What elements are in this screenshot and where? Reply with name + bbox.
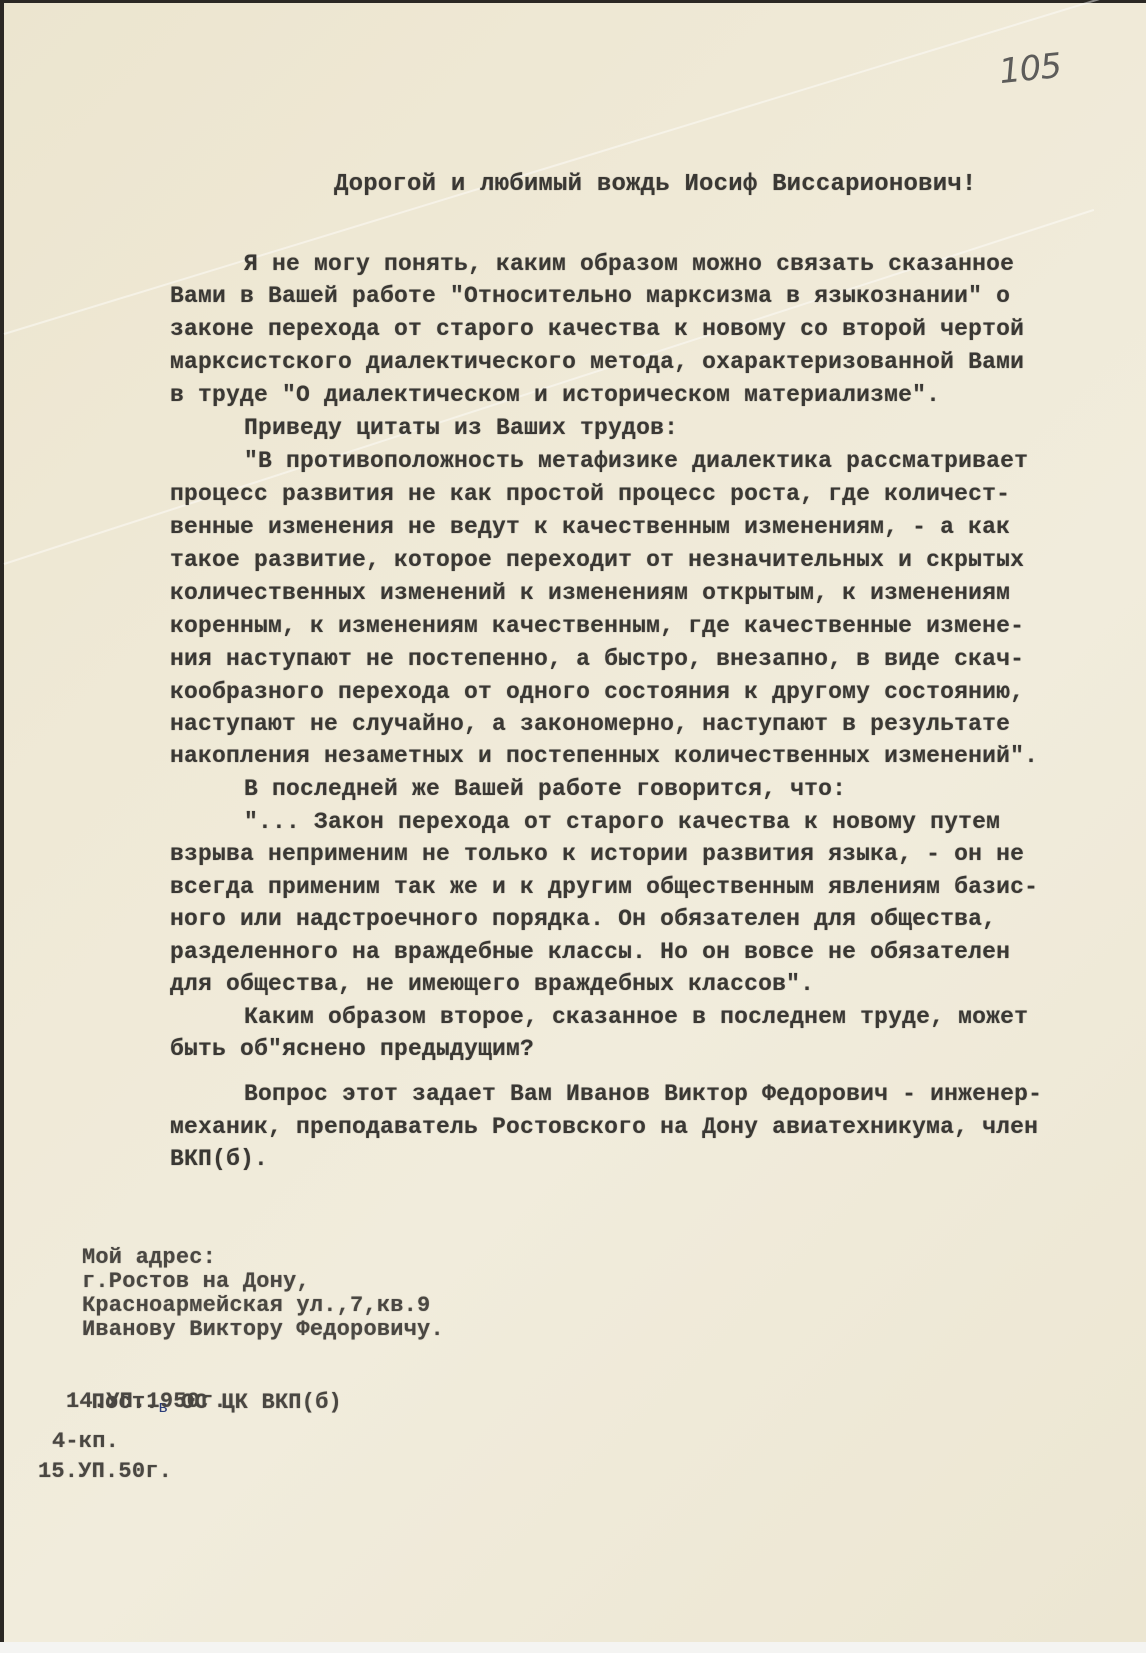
quote-line: наступают не случайно, а закономерно, на…	[170, 711, 1010, 737]
handwritten-page-number: 105	[997, 46, 1063, 92]
quote-line: коренным, к изменениям качественным, где…	[170, 613, 1024, 639]
quote-line: всегда применим так же и к другим общест…	[170, 874, 1038, 900]
body-line: механик, преподаватель Ростовского на До…	[170, 1114, 1038, 1140]
quote-line: ного или надстроечного порядка. Он обяза…	[170, 906, 996, 932]
quote-line: "В противоположность метафизике диалекти…	[244, 448, 1028, 474]
body-line: Вами в Вашей работе "Относительно маркси…	[170, 283, 1010, 309]
body-line: ВКП(б).	[170, 1146, 268, 1172]
body-line: В последней же Вашей работе говорится, ч…	[244, 776, 846, 802]
body-line: законе перехода от старого качества к но…	[170, 316, 1024, 342]
quote-line: количественных изменений к изменениям от…	[170, 580, 1010, 606]
address-line: Красноармейская ул.,7,кв.9	[82, 1294, 430, 1318]
document-page: 105 Дорогой и любимый вождь Иосиф Виссар…	[0, 0, 1146, 1642]
copies-date: 15.УП.50г.	[38, 1459, 172, 1484]
address-label: Мой адрес:	[82, 1246, 216, 1270]
quote-line: процесс развития не как простой процесс …	[170, 481, 1010, 507]
quote-line: разделенного на враждебные классы. Но он…	[170, 939, 1010, 965]
body-line: Каким образом второе, сказанное в послед…	[244, 1004, 1028, 1030]
receipt-date: 14.УП.1950г.	[66, 1389, 227, 1414]
quote-line: кообразного перехода от одного состояния…	[170, 679, 1024, 705]
body-line: Вопрос этот задает Вам Иванов Виктор Фед…	[244, 1081, 1042, 1107]
quote-line: ния наступают не постепенно, а быстро, в…	[170, 646, 1024, 672]
body-line: Я не могу понять, каким образом можно св…	[244, 251, 1014, 277]
quote-line: для общества, не имеющего враждебных кла…	[170, 971, 814, 997]
address-line: г.Ростов на Дону,	[82, 1270, 310, 1294]
address-line: Иванову Виктору Федоровичу.	[82, 1318, 444, 1342]
body-line: Приведу цитаты из Ваших трудов:	[244, 415, 678, 441]
salutation: Дорогой и любимый вождь Иосиф Виссарионо…	[334, 171, 977, 198]
body-line: марксистского диалектического метода, ох…	[170, 349, 1024, 375]
quote-line: "... Закон перехода от старого качества …	[244, 809, 1000, 835]
copies-count: 4-кп.	[52, 1429, 119, 1454]
body-line: в труде "О диалектическом и историческом…	[170, 382, 940, 408]
body-line: быть об"яснено предыдущим?	[170, 1036, 534, 1062]
quote-line: такое развитие, которое переходит от нез…	[170, 547, 1024, 573]
quote-line: накопления незаметных и постепенных коли…	[170, 743, 1038, 769]
quote-line: взрыва неприменим не только к истории ра…	[170, 841, 1024, 867]
quote-line: венные изменения не ведут к качественным…	[170, 514, 1010, 540]
